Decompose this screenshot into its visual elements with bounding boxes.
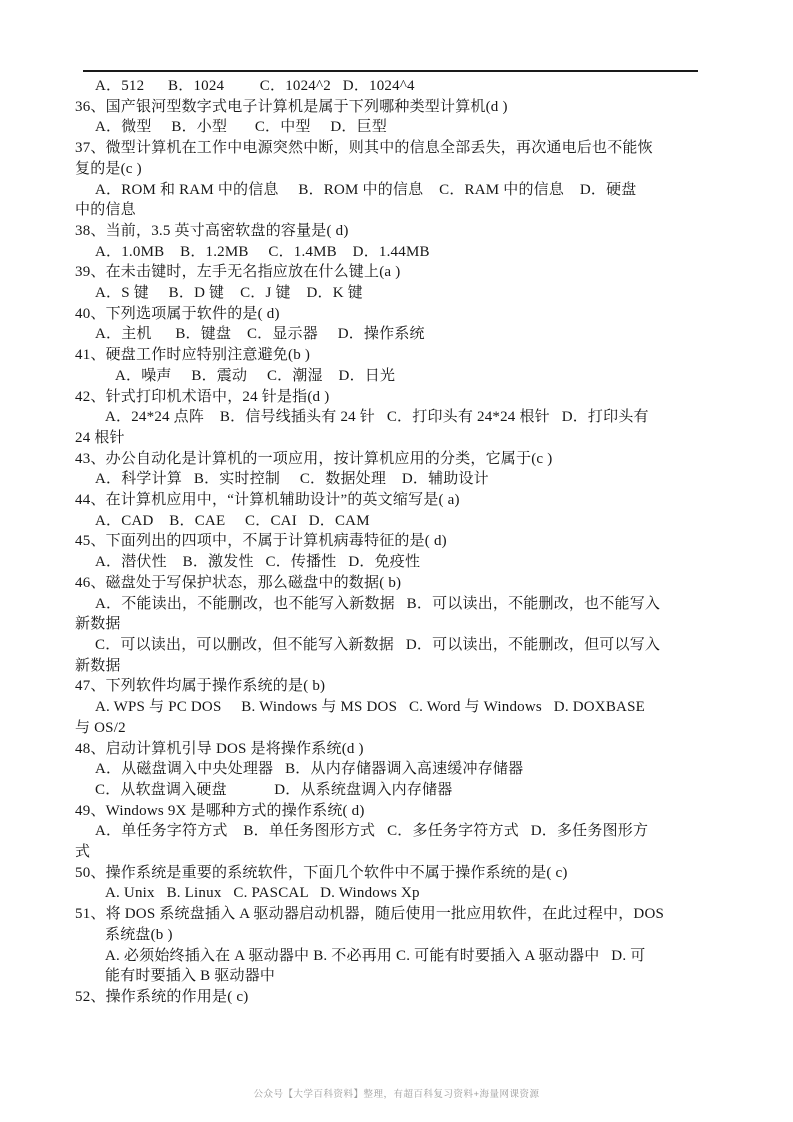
question-line: 47、下列软件均属于操作系统的是( b) bbox=[75, 676, 743, 697]
question-line: 43、办公自动化是计算机的一项应用，按计算机应用的分类，它属于(c ) bbox=[75, 449, 743, 470]
option-line: A．512 B．1024 C．1024^2 D．1024^4 bbox=[75, 76, 743, 97]
question-line: 40、下列选项属于软件的是( d) bbox=[75, 304, 743, 325]
question-line: 37、微型计算机在工作中电源突然中断，则其中的信息全部丢失，再次通电后也不能恢 bbox=[75, 138, 743, 159]
question-line: 42、针式打印机术语中，24 针是指(d ) bbox=[75, 387, 743, 408]
wrap-line: 中的信息 bbox=[75, 200, 743, 221]
option-line: A．单任务字符方式 B．单任务图形方式 C．多任务字符方式 D．多任务图形方 bbox=[75, 821, 743, 842]
horizontal-divider bbox=[83, 70, 698, 72]
question-line: 51、将 DOS 系统盘插入 A 驱动器启动机器，随后使用一批应用软件，在此过程… bbox=[75, 904, 743, 925]
option-line: A．24*24 点阵 B．信号线插头有 24 针 C．打印头有 24*24 根针… bbox=[75, 407, 743, 428]
wrap-line: 能有时要插入 B 驱动器中 bbox=[75, 966, 743, 987]
question-list: A．512 B．1024 C．1024^2 D．1024^436、国产银河型数字… bbox=[75, 76, 743, 1008]
question-line: 46、磁盘处于写保护状态，那么磁盘中的数据( b) bbox=[75, 573, 743, 594]
option-line: C．从软盘调入硬盘 D．从系统盘调入内存储器 bbox=[75, 780, 743, 801]
wrap-line: 新数据 bbox=[75, 656, 743, 677]
question-line: 52、操作系统的作用是( c) bbox=[75, 987, 743, 1008]
option-line: A．CAD B．CAE C．CAI D．CAM bbox=[75, 511, 743, 532]
question-line: 50、操作系统是重要的系统软件，下面几个软件中不属于操作系统的是( c) bbox=[75, 863, 743, 884]
option-line: A．噪声 B．震动 C．潮湿 D．日光 bbox=[75, 366, 743, 387]
option-line: A. Unix B. Linux C. PASCAL D. Windows Xp bbox=[75, 883, 743, 904]
question-line: 36、国产银河型数字式电子计算机是属于下列哪种类型计算机(d ) bbox=[75, 97, 743, 118]
option-line: A．科学计算 B．实时控制 C．数据处理 D．辅助设计 bbox=[75, 469, 743, 490]
question-line: 38、当前，3.5 英寸高密软盘的容量是( d) bbox=[75, 221, 743, 242]
option-line: A．1.0MB B．1.2MB C．1.4MB D．1.44MB bbox=[75, 242, 743, 263]
question-line: 49、Windows 9X 是哪种方式的操作系统( d) bbox=[75, 801, 743, 822]
question-line: 41、硬盘工作时应特别注意避免(b ) bbox=[75, 345, 743, 366]
option-line: A．S 键 B．D 键 C．J 键 D．K 键 bbox=[75, 283, 743, 304]
wrap-line: A. 必须始终插入在 A 驱动器中 B. 不必再用 C. 可能有时要插入 A 驱… bbox=[75, 946, 743, 967]
option-line: A．主机 B．键盘 C．显示器 D．操作系统 bbox=[75, 324, 743, 345]
question-line: 39、在未击键时，左手无名指应放在什么键上(a ) bbox=[75, 262, 743, 283]
document-page: A．512 B．1024 C．1024^2 D．1024^436、国产银河型数字… bbox=[0, 0, 793, 1122]
option-line: A. WPS 与 PC DOS B. Windows 与 MS DOS C. W… bbox=[75, 697, 743, 718]
question-line: 48、启动计算机引导 DOS 是将操作系统(d ) bbox=[75, 739, 743, 760]
option-line: A．不能读出，不能删改，也不能写入新数据 B．可以读出，不能删改，也不能写入 bbox=[75, 594, 743, 615]
wrap-line: 与 OS/2 bbox=[75, 718, 743, 739]
option-line: A．微型 B．小型 C．中型 D．巨型 bbox=[75, 117, 743, 138]
option-line: A．从磁盘调入中央处理器 B．从内存储器调入高速缓冲存储器 bbox=[75, 759, 743, 780]
question-line: 45、下面列出的四项中，不属于计算机病毒特征的是( d) bbox=[75, 531, 743, 552]
wrap-line: 复的是(c ) bbox=[75, 159, 743, 180]
question-line: 44、在计算机应用中，“计算机辅助设计”的英文缩写是( a) bbox=[75, 490, 743, 511]
option-line: A．ROM 和 RAM 中的信息 B．ROM 中的信息 C．RAM 中的信息 D… bbox=[75, 180, 743, 201]
wrap-line: 24 根针 bbox=[75, 428, 743, 449]
footer-watermark: 公众号【大学百科资料】整理，有超百科复习资料+海量网课资源 bbox=[0, 1086, 793, 1100]
wrap-line: 式 bbox=[75, 842, 743, 863]
wrap-line: 新数据 bbox=[75, 614, 743, 635]
option-line: C．可以读出，可以删改，但不能写入新数据 D．可以读出，不能删改，但可以写入 bbox=[75, 635, 743, 656]
wrap-line: 系统盘(b ) bbox=[75, 925, 743, 946]
option-line: A．潜伏性 B．激发性 C．传播性 D．免疫性 bbox=[75, 552, 743, 573]
